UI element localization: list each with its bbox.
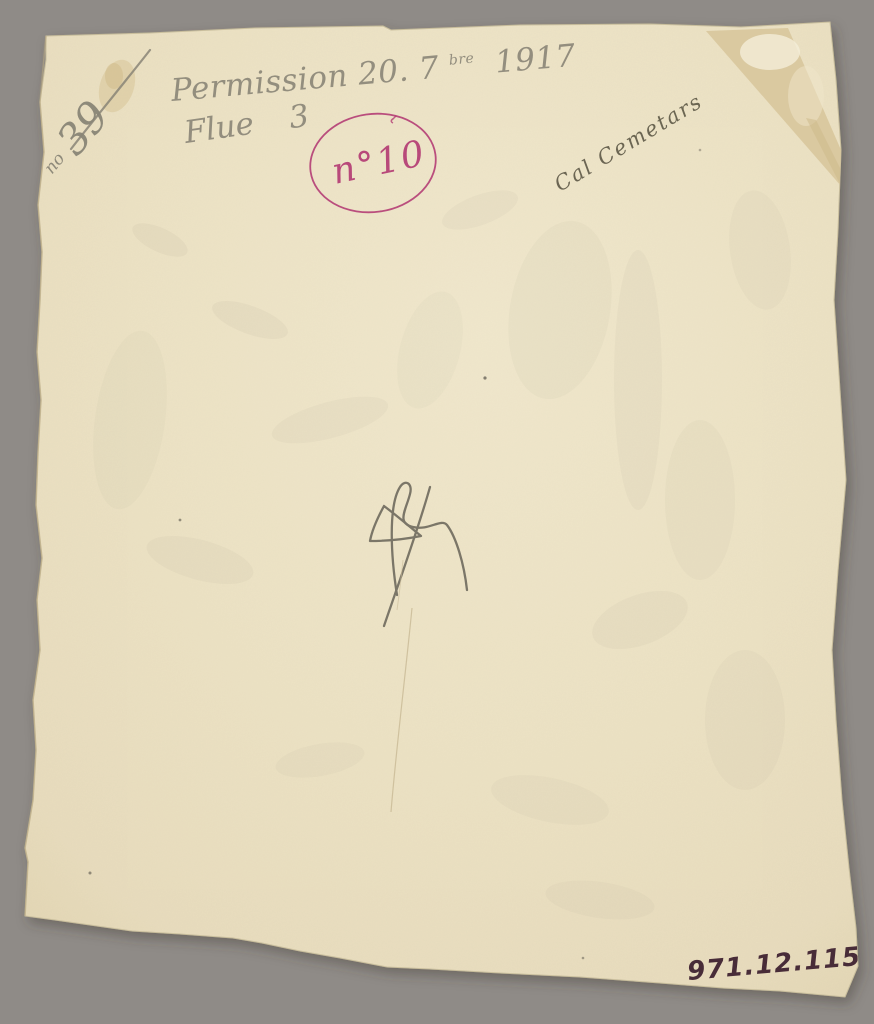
stain-blob (105, 63, 123, 89)
speck (179, 519, 182, 522)
speck (483, 376, 486, 379)
speck (89, 872, 92, 875)
speck (582, 957, 585, 960)
tape-highlight (740, 34, 800, 70)
smudge (614, 250, 662, 510)
smudge (665, 420, 735, 580)
date-superscript: bre (448, 51, 475, 69)
archival-document-scan: no 39 Permission 20. 7 bre 1917 Flue 3 n… (0, 0, 874, 1024)
smudge (705, 650, 785, 790)
speck (699, 149, 702, 152)
date-year: 1917 (494, 38, 578, 81)
paper-grain-texture (0, 0, 874, 1024)
tape-highlight (788, 66, 824, 126)
